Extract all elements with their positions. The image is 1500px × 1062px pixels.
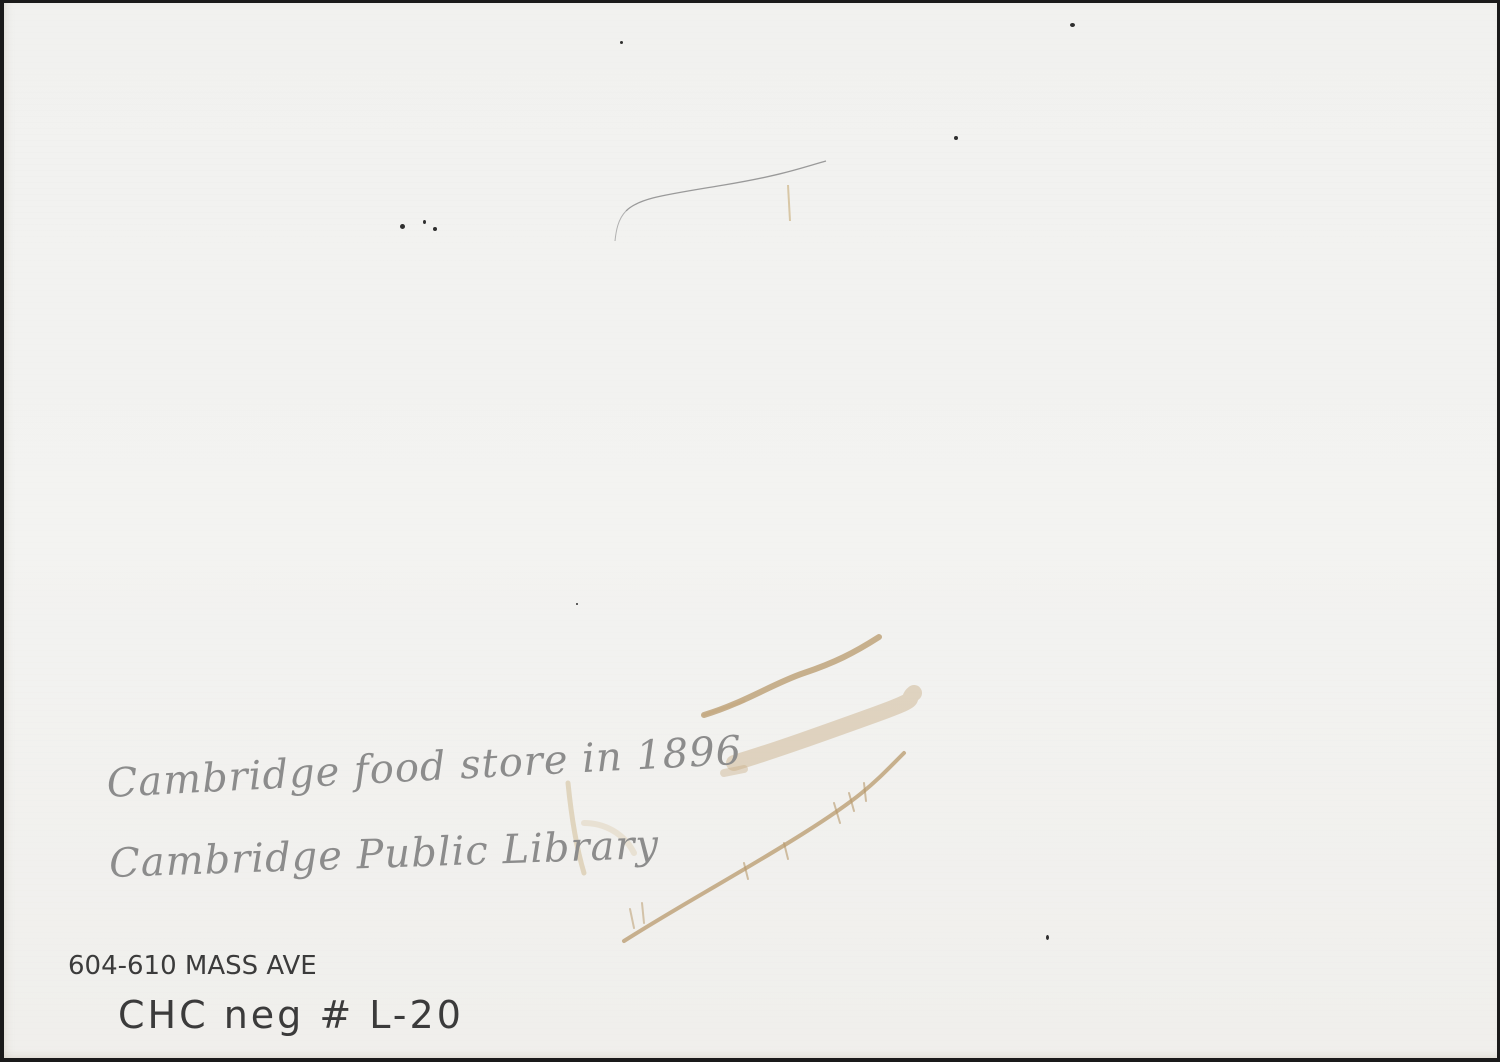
stain-marks [544,623,964,963]
dust-speck [423,220,426,224]
dust-speck [620,41,623,44]
dust-speck [576,603,578,605]
dust-speck [433,227,437,231]
negative-number-note: CHC neg # L-20 [118,993,464,1037]
dust-speck [400,224,405,229]
pencil-stroke [604,153,844,243]
photo-back-paper: Cambridge food store in 1896 Cambridge P… [4,3,1497,1058]
dust-speck [954,136,958,140]
address-note: 604-610 MASS AVE [68,951,317,981]
dust-speck [1070,23,1075,27]
dust-speck [1046,935,1049,940]
